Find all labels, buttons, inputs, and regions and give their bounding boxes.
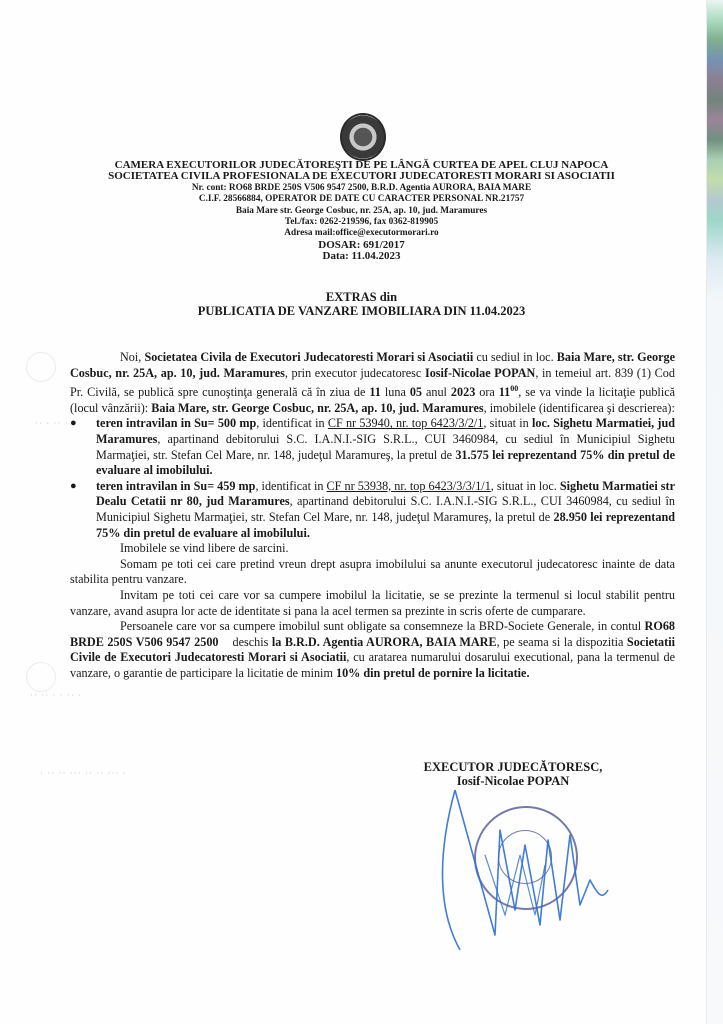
document-title: EXTRAS din PUBLICATIA DE VANZARE IMOBILI… [0,290,723,318]
handwritten-signature-icon [430,785,610,955]
address: Baia Mare str. George Cosbuc, nr. 25A, a… [0,206,723,217]
signature-block: EXECUTOR JUDECĂTORESC, Iosif-Nicolae POP… [388,760,638,788]
land-registry-ref: CF nr 53940, nr. top 6423/3/2/1 [328,416,484,430]
signer-role: EXECUTOR JUDECĂTORESC, [388,760,638,774]
title-line-1: EXTRAS din [0,290,723,304]
coat-of-arms-seal-icon [340,113,386,161]
property-item: ● teren intravilan in Su= 459 mp, identi… [70,479,675,541]
bank-account: Nr. cont: RO68 BRDE 250S V506 9547 2500,… [0,183,723,194]
scan-artifact-circle [26,352,56,382]
company-name: SOCIETATEA CIVILA PROFESIONALA DE EXECUT… [0,171,723,182]
property-item: ● teren intravilan in Su= 500 mp, identi… [70,416,675,478]
bullet-icon: ● [70,416,77,432]
faint-bleedthrough-text: · ·· ·· ··· ·· ·· ··· · [40,768,127,778]
title-line-2: PUBLICATIA DE VANZARE IMOBILIARA DIN 11.… [0,304,723,318]
intro-paragraph: Noi, Societatea Civila de Executori Jude… [70,350,675,416]
encumbrance-paragraph: Imobilele se vind libere de sarcini. [70,541,675,557]
invitation-paragraph: Invitam pe toti cei care vor sa cumpere … [70,588,675,619]
phone-fax: Tel./fax: 0262-219596, fax 0362-819905 [0,217,723,228]
summons-paragraph: Somam pe toti cei care pretind vreun dre… [70,557,675,588]
scan-artifact-circle [26,662,56,692]
deposit-paragraph: Persoanele care vor sa cumpere imobilul … [70,619,675,681]
tax-id: C.I.F. 28566884, OPERATOR DE DATE CU CAR… [0,194,723,205]
faint-bleedthrough-text: ·· ·· · · ·· · [30,690,82,700]
land-registry-ref: CF nr 53938, nr. top 6423/3/3/1/1 [327,479,491,493]
document-body: Noi, Societatea Civila de Executori Jude… [120,350,675,682]
scanner-artifact-strip [706,0,723,1024]
document-date: Data: 11.04.2023 [0,251,723,262]
bullet-icon: ● [70,479,77,495]
letterhead: CAMERA EXECUTORILOR JUDECĂTOREŞTI DE PE … [0,160,723,263]
scanned-document-page: · ·· ·· ··· ·· ·· ··· · ·· · ·· · · ·· ·… [0,0,723,1024]
